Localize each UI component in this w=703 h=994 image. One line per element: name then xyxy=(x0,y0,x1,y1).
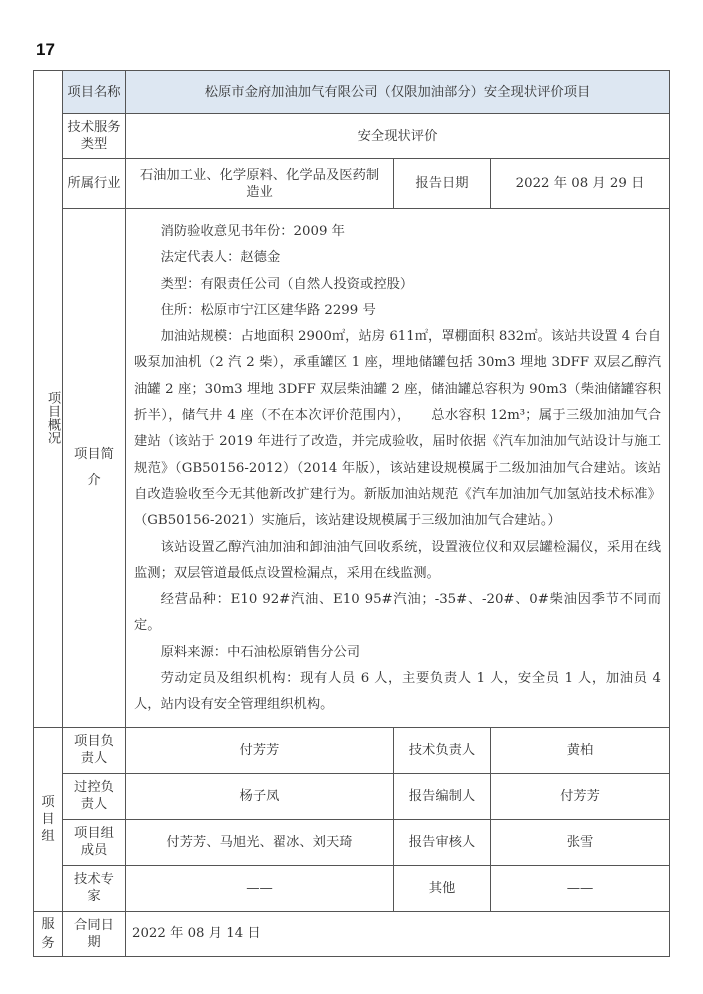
page-number: 17 xyxy=(36,40,55,60)
row-industry: 所属行业 石油加工业、化学原料、化学品及医药制造业 报告日期 2022 年 08… xyxy=(34,159,670,209)
team-row-label: 项目组成员 xyxy=(63,819,126,865)
team-row-label2: 报告审核人 xyxy=(394,819,491,865)
team-row-label2: 技术负责人 xyxy=(394,727,491,773)
industry-value: 石油加工业、化学原料、化学品及医药制造业 xyxy=(126,159,394,209)
team-row-value: 付芳芳、马旭光、翟冰、刘天琦 xyxy=(126,819,394,865)
team-row-label: 技术专家 xyxy=(63,865,126,911)
contract-date-value: 2022 年 08 月 14 日 xyxy=(126,911,670,956)
intro-paragraph: 原料来源：中石油松原销售分公司 xyxy=(134,640,661,666)
team-row-value: —— xyxy=(126,865,394,911)
team-row-value2: —— xyxy=(491,865,670,911)
team-row-value: 付芳芳 xyxy=(126,727,394,773)
intro-paragraph: 法定代表人：赵德金 xyxy=(134,245,661,271)
intro-content: 消防验收意见书年份：2009 年 法定代表人：赵德金 类型：有限责任公司（自然人… xyxy=(126,209,670,728)
overview-section-label-text: 项目概况 xyxy=(33,378,62,458)
project-info-table: 项目名称 松原市金府加油加气有限公司（仅限加油部分）安全现状评价项目 技术服务类… xyxy=(33,70,670,957)
intro-paragraph: 消防验收意见书年份：2009 年 xyxy=(134,219,661,245)
team-row-value: 杨子凤 xyxy=(126,773,394,819)
row-service: 服务 合同日期 2022 年 08 月 14 日 xyxy=(34,911,670,956)
team-row: 项目组 项目负责人 付芳芳 技术负责人 黄柏 xyxy=(34,727,670,773)
team-row-label: 项目负责人 xyxy=(63,727,126,773)
intro-paragraph: 劳动定员及组织机构：现有人员 6 人，主要负责人 1 人，安全员 1 人，加油员… xyxy=(134,666,661,719)
team-row-value2: 黄柏 xyxy=(491,727,670,773)
team-row: 过控负责人 杨子凤 报告编制人 付芳芳 xyxy=(34,773,670,819)
intro-paragraph: 经营品种：E10 92#汽油、E10 95#汽油；-35#、-20#、0#柴油因… xyxy=(134,587,661,640)
intro-paragraph: 该站设置乙醇汽油加油和卸油油气回收系统，设置液位仪和双层罐检漏仪，采用在线监测；… xyxy=(134,535,661,588)
industry-label: 所属行业 xyxy=(63,159,126,209)
row-project-name: 项目名称 松原市金府加油加气有限公司（仅限加油部分）安全现状评价项目 xyxy=(34,71,670,114)
team-row: 项目组成员 付芳芳、马旭光、翟冰、刘天琦 报告审核人 张雪 xyxy=(34,819,670,865)
team-row: 技术专家 —— 其他 —— xyxy=(34,865,670,911)
intro-label: 项目简介 xyxy=(63,209,126,728)
intro-paragraph: 加油站规模：占地面积 2900㎡，站房 611㎡，罩棚面积 832㎡。该站共设置… xyxy=(134,324,661,534)
intro-paragraph: 类型：有限责任公司（自然人投资或控股） xyxy=(134,272,661,298)
intro-paragraph: 住所：松原市宁江区建华路 2299 号 xyxy=(134,298,661,324)
service-section-label: 服务 xyxy=(34,911,63,956)
project-name-label: 项目名称 xyxy=(63,71,126,114)
team-row-label: 过控负责人 xyxy=(63,773,126,819)
row-service-type: 技术服务类型 安全现状评价 xyxy=(34,114,670,159)
team-row-value2: 付芳芳 xyxy=(491,773,670,819)
team-section-label: 项目组 xyxy=(34,727,63,911)
row-project-intro: 项目简介 消防验收意见书年份：2009 年 法定代表人：赵德金 类型：有限责任公… xyxy=(34,209,670,728)
contract-date-label: 合同日期 xyxy=(63,911,126,956)
team-row-label2: 其他 xyxy=(394,865,491,911)
service-type-label: 技术服务类型 xyxy=(63,114,126,159)
report-date-label: 报告日期 xyxy=(394,159,491,209)
report-date-value: 2022 年 08 月 29 日 xyxy=(491,159,670,209)
team-row-label2: 报告编制人 xyxy=(394,773,491,819)
service-type-value: 安全现状评价 xyxy=(126,114,670,159)
project-name-value: 松原市金府加油加气有限公司（仅限加油部分）安全现状评价项目 xyxy=(126,71,670,114)
team-row-value2: 张雪 xyxy=(491,819,670,865)
